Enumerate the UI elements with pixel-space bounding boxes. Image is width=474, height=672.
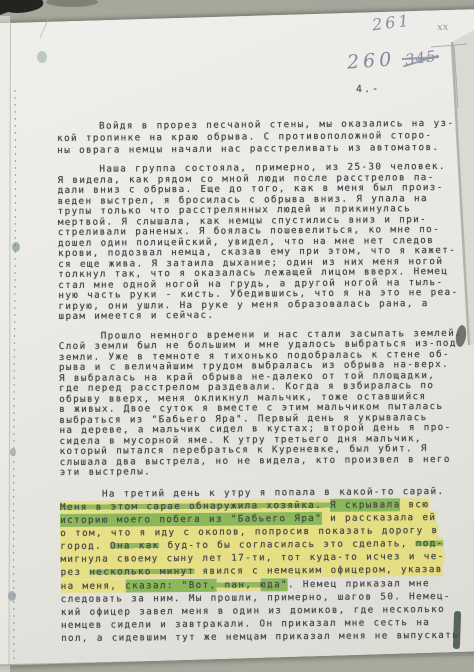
highlighted-text: город. [60,540,110,553]
typewritten-text: Войдя в прорез песчаной стены, мы оказал… [57,118,463,654]
scratch-mark [40,10,52,38]
highlighted-text: всю [400,498,429,511]
photo-of-document: { "photo": { "handwritten_top_number": "… [0,0,474,672]
under-page-strip [0,16,10,672]
highlighted-text: под- [416,537,444,550]
text-line: ны оврага немцы начали нас расстреливать… [57,141,459,156]
paragraph: Прошло немного времени и нас стали засып… [59,329,462,479]
highlighted-text: явился с немецким офицером, указав [195,563,443,578]
paragraph: Войдя в прорез песчаной стены, мы оказал… [57,118,459,157]
margin-stain-line [14,90,16,660]
highlighted-text: рез [60,566,89,579]
handwritten-corner-mark: xx [437,22,449,34]
margin-stain-blob [8,591,16,601]
ink-stain [37,51,47,63]
margin-stain-blob [12,242,20,252]
text-segment: . Немец приказал мне [288,577,430,591]
highlighted-text: и рассказала ей [322,511,436,525]
text-segment: пол, а сидевшим тут же немцам приказал м… [61,629,459,645]
handwritten-number-260: 260 [346,48,396,73]
highlighted-text: несколько минут [89,565,194,579]
text-segment: ны оврага немцы начали нас расстреливать… [57,141,439,157]
text-line: пол, а сидевшим тут же немцам приказал м… [61,629,463,645]
paper-bottom-shadow [0,655,474,665]
highlighted-text: пан, [216,578,260,591]
clip-shadow [0,0,43,15]
paragraph: На третий день к утру я попала в какой-т… [60,485,463,645]
highlighted-text: Она как [110,539,160,552]
highlighted-text: Я скрывала [330,498,401,512]
top-edge-shadow [46,0,98,7]
highlighted-text: юда" [260,578,288,591]
paragraph: Наша группа состояла, примерно, из 25-30… [57,162,460,323]
typed-page-number: 4.- [356,84,380,95]
margin-stain-blob [10,448,16,456]
text-segment: шрам имеется и сейчас. [58,309,214,323]
highlighted-text: на меня, [61,579,126,593]
text-segment: эти выстрелы. [60,466,151,480]
highlighted-text: сказал: "Вот, [125,578,216,592]
